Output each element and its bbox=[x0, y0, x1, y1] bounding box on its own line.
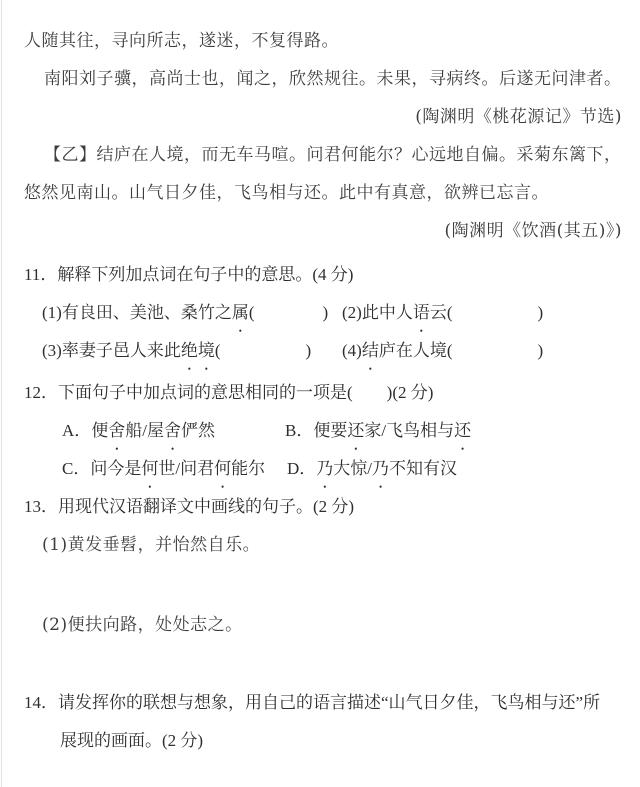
passage-yi-line1: 【乙】结庐在人境，而无车马喧。问君何能尔？心远地自偏。采菊东篱下， bbox=[24, 136, 622, 174]
question-13-item-1: (1)黄发垂髫，并怡然自乐。 bbox=[24, 526, 622, 564]
question-14-line1: 14．请发挥你的联想与想象，用自己的语言描述“山气日夕佳，飞鸟相与还”所 bbox=[24, 684, 622, 722]
question-13-stem: 13．用现代汉语翻译文中画线的句子。(2 分) bbox=[24, 488, 622, 526]
passage-jia-line1: 人随其往，寻向所志，遂迷，不复得路。 bbox=[24, 22, 622, 60]
question-11-stem: 11．解释下列加点词在句子中的意思。(4 分) bbox=[24, 256, 622, 294]
question-11-item-2: (2)此中人语云( ) bbox=[342, 294, 543, 332]
passage-yi-line2: 悠然见南山。山气日夕佳，飞鸟相与还。此中有真意，欲辨已忘言。 bbox=[24, 174, 622, 212]
question-12-option-d: D．乃大惊/乃不知有汉 bbox=[287, 450, 457, 488]
question-12-stem: 12．下面句子中加点词的意思相同的一项是( )(2 分) bbox=[24, 374, 622, 412]
passage-jia-attribution: (陶渊明《桃花源记》节选) bbox=[24, 98, 622, 136]
question-13-item-2: (2)便扶向路，处处志之。 bbox=[24, 606, 622, 644]
question-12-row-ab: A．便舍船/屋舍俨然 B．便要还家/飞鸟相与还 bbox=[24, 412, 622, 450]
exam-page: 人随其往，寻向所志，遂迷，不复得路。 南阳刘子骥，高尚士也，闻之，欣然规往。未果… bbox=[0, 0, 640, 760]
question-11-item-4: (4)结庐在人境( ) bbox=[342, 332, 543, 370]
question-11-item-3: (3)率妻子邑人来此绝境( ) bbox=[42, 332, 342, 370]
passage-jia-line2: 南阳刘子骥，高尚士也，闻之，欣然规往。未果，寻病终。后遂无问津者。 bbox=[24, 60, 622, 98]
question-14-line2: 展现的画面。(2 分) bbox=[24, 722, 622, 760]
question-11-item-1: (1)有良田、美池、桑竹之属( ) bbox=[42, 294, 342, 332]
question-12-row-cd: C．问今是何世/问君何能尔 D．乃大惊/乃不知有汉 bbox=[24, 450, 622, 488]
passage-yi-attribution: (陶渊明《饮酒(其五)》) bbox=[24, 212, 622, 250]
question-12-option-a: A．便舍船/屋舍俨然 bbox=[62, 412, 285, 450]
question-11-row-1: (1)有良田、美池、桑竹之属( ) (2)此中人语云( ) bbox=[24, 294, 622, 332]
question-12-option-c: C．问今是何世/问君何能尔 bbox=[62, 450, 287, 488]
left-border-line bbox=[1, 0, 2, 787]
question-12-option-b: B．便要还家/飞鸟相与还 bbox=[285, 412, 471, 450]
question-11-row-2: (3)率妻子邑人来此绝境( ) (4)结庐在人境( ) bbox=[24, 332, 622, 370]
